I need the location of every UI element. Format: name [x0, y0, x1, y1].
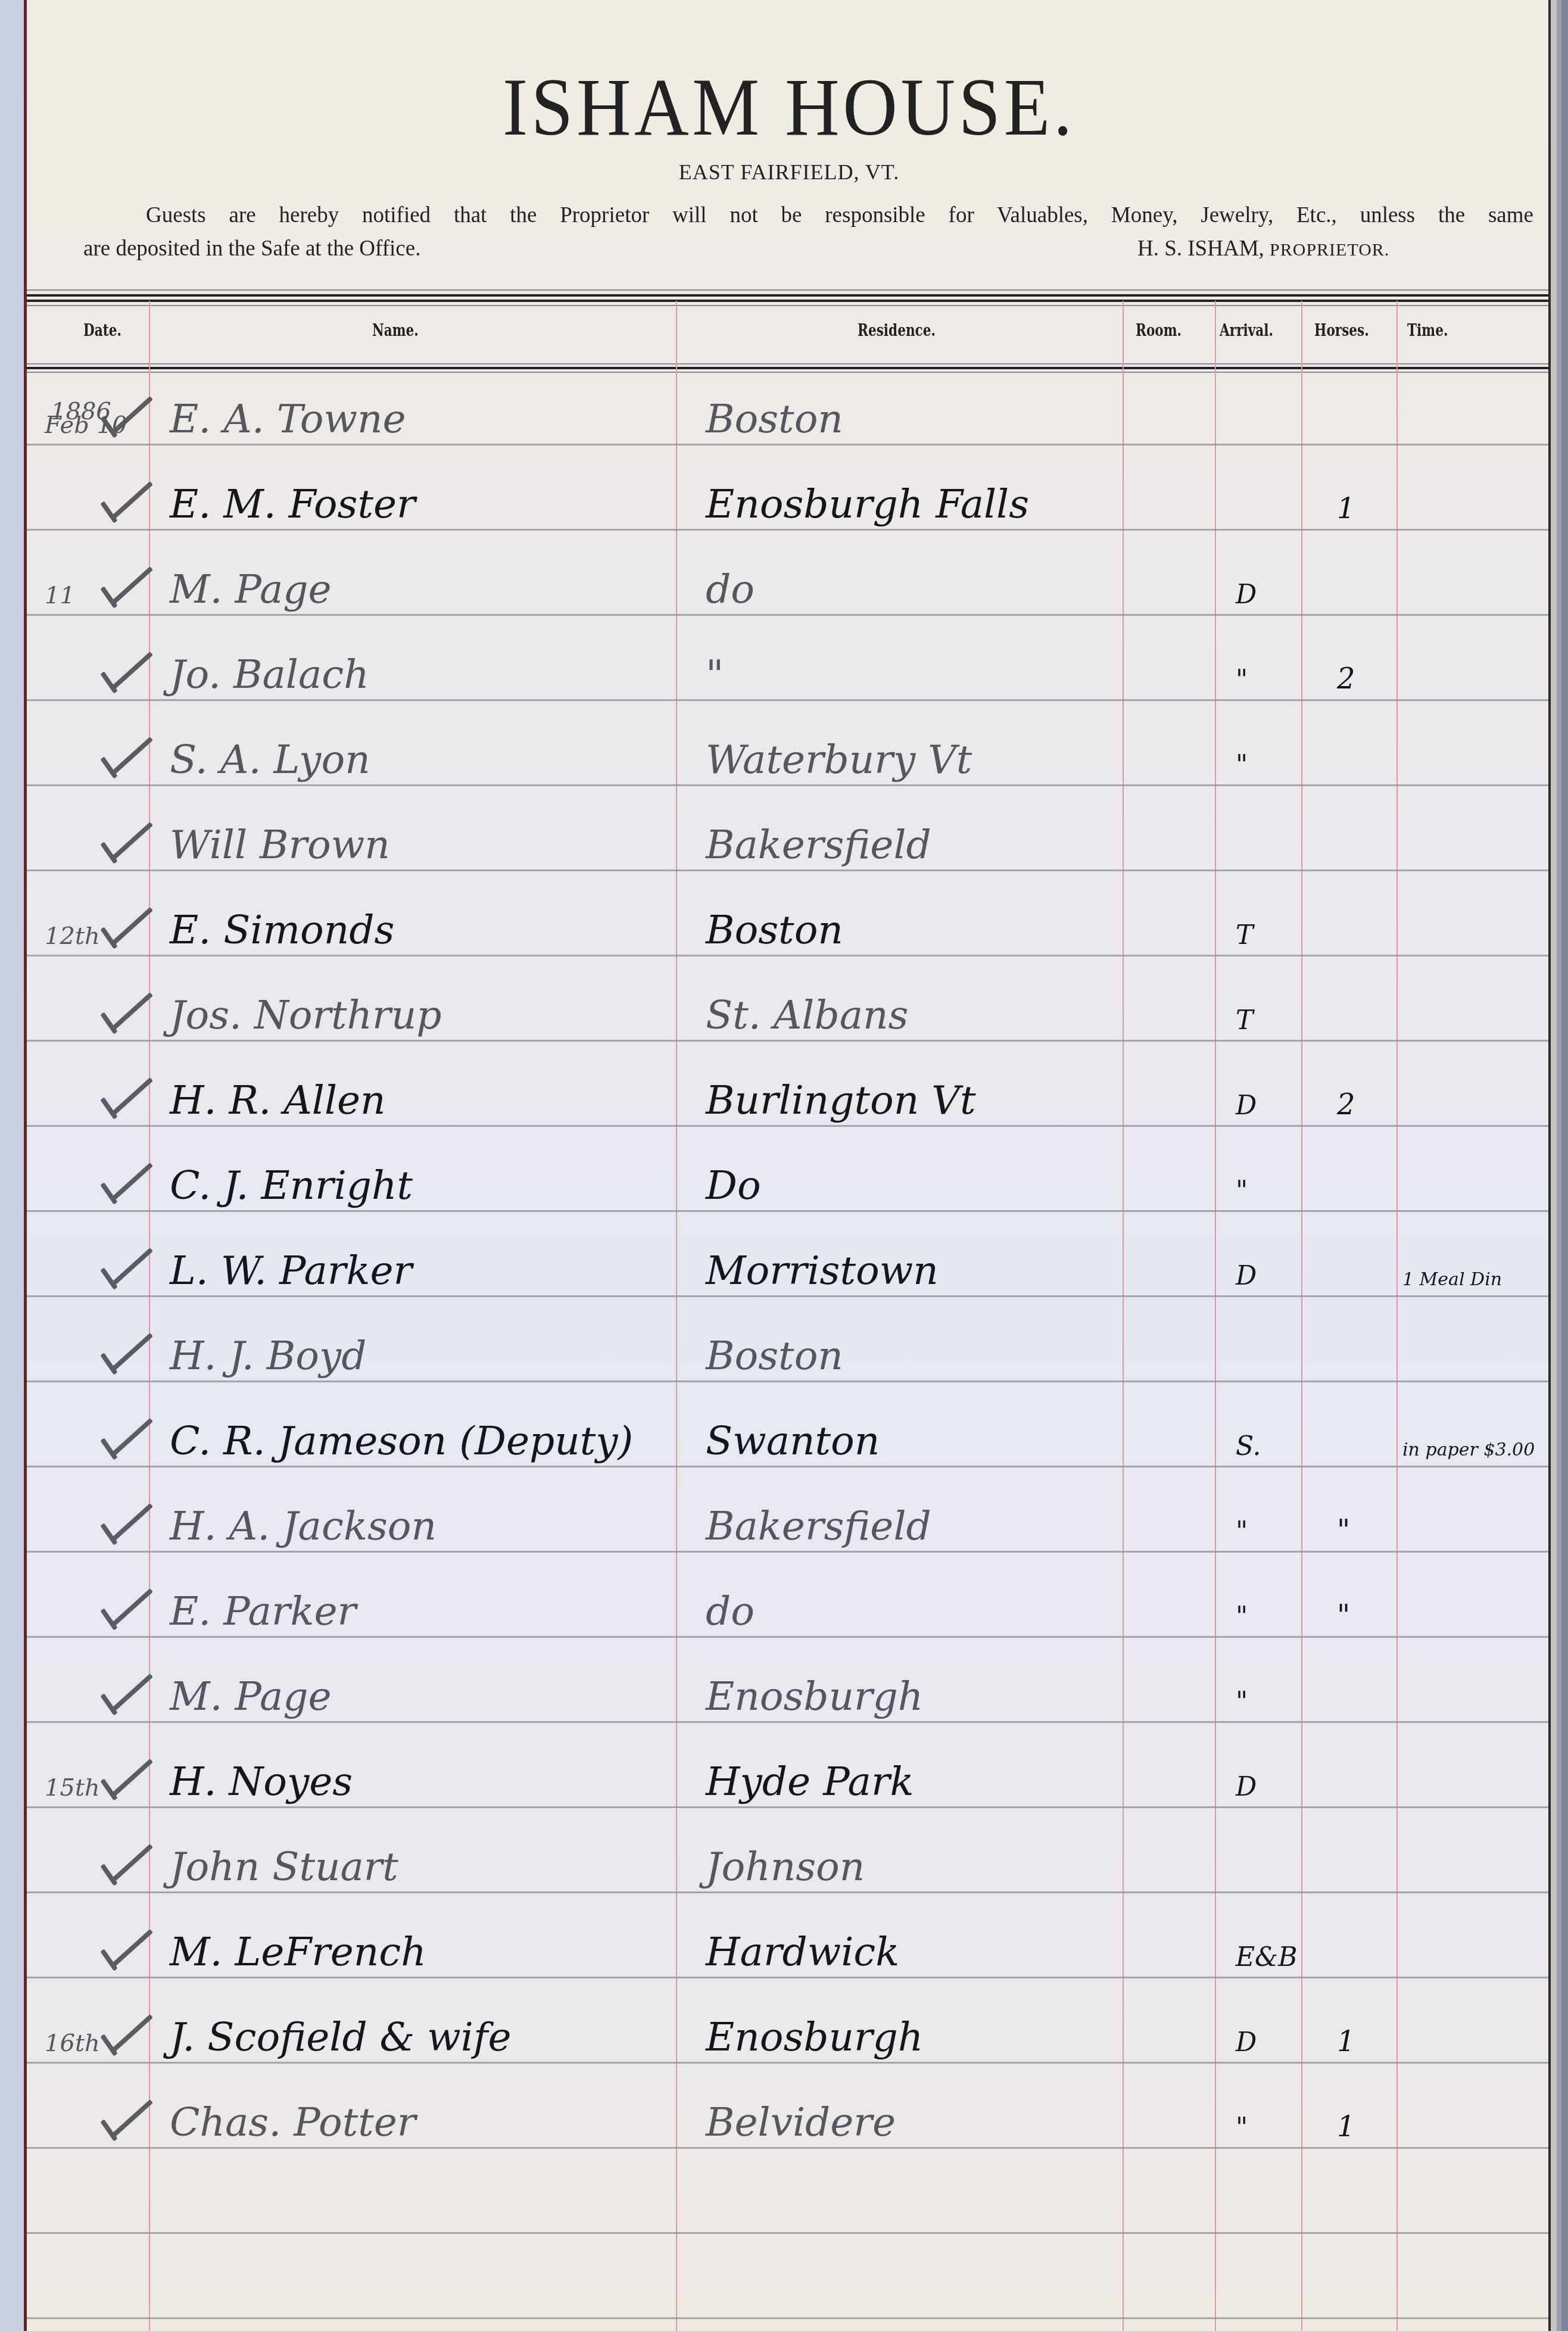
checkmark-icon	[98, 1937, 140, 1973]
entry-arrival: S.	[1236, 1431, 1261, 1461]
entry-name: Chas. Potter	[170, 2099, 416, 2145]
ruled-line	[27, 955, 1551, 956]
checkmark-icon	[98, 2023, 140, 2058]
rule	[27, 294, 1551, 297]
checkmark-icon	[98, 1682, 140, 1718]
column-header-time: Time.	[1407, 322, 1448, 340]
entry-name: John Stuart	[170, 1844, 398, 1890]
entry-residence: Do	[706, 1163, 761, 1208]
checkmark-icon	[98, 915, 140, 951]
checkmark-icon	[98, 830, 140, 866]
ruled-line	[27, 614, 1551, 616]
entry-name: J. Scofield & wife	[170, 2014, 511, 2060]
hotel-location: EAST FAIRFIELD, VT.	[27, 160, 1551, 185]
entry-residence: do	[706, 1588, 755, 1634]
entry-residence: Hyde Park	[706, 1759, 914, 1805]
checkmark-icon	[98, 2108, 140, 2143]
entry-name: E. M. Foster	[170, 481, 416, 527]
ruled-line	[27, 1891, 1551, 1893]
entry-arrival: "	[1236, 1516, 1248, 1547]
book-binding	[1548, 0, 1568, 2331]
entry-residence: do	[706, 566, 755, 612]
entry-name: H. R. Allen	[170, 1077, 386, 1123]
ruled-line	[27, 870, 1551, 871]
ruled-line	[27, 1040, 1551, 1042]
entry-name: E. Parker	[170, 1588, 356, 1634]
entry-time: 1 Meal Din	[1402, 1269, 1502, 1290]
checkmark-icon	[98, 1341, 140, 1377]
ruled-line	[27, 529, 1551, 531]
entry-name: E. A. Towne	[170, 396, 406, 442]
entry-arrival: D	[1236, 579, 1257, 610]
ruled-line	[27, 699, 1551, 701]
column-divider	[1396, 301, 1398, 2331]
entry-horses: 2	[1337, 662, 1355, 696]
checkmark-icon	[98, 1597, 140, 1632]
entry-name: H. J. Boyd	[170, 1333, 367, 1379]
entry-name: Jo. Balach	[170, 652, 369, 697]
entry-arrival: D	[1236, 2027, 1257, 2058]
entry-name: M. Page	[170, 1674, 332, 1719]
checkmark-icon	[98, 1767, 140, 1803]
entry-arrival: "	[1236, 1601, 1248, 1632]
entry-name: Jos. Northrup	[170, 992, 441, 1038]
entry-date: Feb 10	[45, 412, 127, 439]
entry-time: in paper $3.00	[1402, 1439, 1535, 1460]
checkmark-icon	[98, 660, 140, 696]
entry-residence: Hardwick	[706, 1929, 899, 1975]
ruled-line	[27, 2317, 1551, 2319]
proprietor-signature: H. S. ISHAM, Proprietor.	[1137, 236, 1389, 261]
rule	[27, 367, 1551, 369]
checkmark-icon	[98, 1512, 140, 1547]
proprietor-name: H. S. ISHAM,	[1137, 236, 1264, 261]
entry-residence: Boston	[706, 1333, 843, 1379]
entry-date: 12th	[45, 923, 100, 950]
ruled-line	[27, 444, 1551, 445]
entry-residence: Enosburgh	[706, 1674, 923, 1719]
notice-line-1: Guests are hereby notified that the Prop…	[146, 202, 1533, 228]
column-divider	[676, 301, 677, 2331]
ruled-line	[27, 1551, 1551, 1553]
ruled-line	[27, 2147, 1551, 2149]
column-header-horses: Horses.	[1314, 322, 1369, 340]
ruled-line	[27, 1636, 1551, 1638]
column-divider	[1215, 301, 1216, 2331]
entry-name: M. LeFrench	[170, 1929, 426, 1975]
entry-name: M. Page	[170, 566, 332, 612]
rule	[27, 305, 1551, 306]
entry-name: L. W. Parker	[170, 1248, 412, 1294]
entry-horses: 1	[1337, 2025, 1355, 2058]
entry-residence: Swanton	[706, 1418, 880, 1464]
entry-residence: Waterbury Vt	[706, 737, 972, 783]
entry-name: H. Noyes	[170, 1759, 353, 1805]
entry-residence: Boston	[706, 907, 843, 953]
entry-residence: Boston	[706, 396, 843, 442]
checkmark-icon	[98, 1852, 140, 1888]
column-divider	[1123, 301, 1124, 2331]
entry-residence: Morristown	[706, 1248, 939, 1294]
column-divider	[1301, 301, 1302, 2331]
entry-residence: Belvidere	[706, 2099, 896, 2145]
entry-name: E. Simonds	[170, 907, 394, 953]
entry-name: Will Brown	[170, 822, 390, 868]
register-page: ISHAM HOUSE. EAST FAIRFIELD, VT. Guests …	[24, 0, 1551, 2331]
hotel-title: ISHAM HOUSE.	[88, 60, 1490, 154]
ruled-line	[27, 784, 1551, 786]
entry-residence: Enosburgh	[706, 2014, 923, 2060]
entry-name: C. J. Enright	[170, 1163, 413, 1208]
entry-name: H. A. Jackson	[170, 1503, 437, 1549]
entry-name: S. A. Lyon	[170, 737, 370, 783]
checkmark-icon	[98, 490, 140, 525]
checkmark-icon	[98, 1086, 140, 1121]
entry-arrival: "	[1236, 750, 1248, 780]
checkmark-icon	[98, 1001, 140, 1036]
checkmark-icon	[98, 1171, 140, 1207]
entry-arrival: D	[1236, 1772, 1257, 1802]
entry-arrival: T	[1236, 1005, 1253, 1036]
entry-horses: "	[1337, 1514, 1350, 1547]
entry-arrival: "	[1236, 1687, 1248, 1717]
checkmark-icon	[98, 1256, 140, 1292]
entry-residence: Bakersfield	[706, 1503, 931, 1549]
rule	[27, 363, 1551, 364]
entry-arrival: E&B	[1236, 1942, 1298, 1972]
ruled-line	[27, 1466, 1551, 1467]
entry-arrival: D	[1236, 1090, 1257, 1121]
ruled-line	[27, 1125, 1551, 1127]
column-header-arrival: Arrival.	[1220, 322, 1273, 340]
rule	[27, 300, 1551, 302]
ruled-line	[27, 1806, 1551, 1808]
column-header-name: Name.	[372, 322, 419, 340]
checkmark-icon	[98, 1426, 140, 1462]
column-divider	[149, 301, 150, 2331]
checkmark-icon	[98, 745, 140, 781]
checkmark-icon	[98, 575, 140, 610]
entry-arrival: "	[1236, 1176, 1248, 1206]
entry-residence: "	[706, 652, 724, 697]
ruled-line	[27, 1210, 1551, 1212]
ruled-line	[27, 2232, 1551, 2234]
entry-arrival: T	[1236, 920, 1253, 951]
entry-residence: Johnson	[706, 1844, 865, 1890]
ruled-line	[27, 1380, 1551, 1382]
entry-horses: 2	[1337, 1088, 1355, 1121]
entry-arrival: "	[1236, 665, 1248, 695]
entry-date: 15th	[45, 1774, 100, 1802]
ruled-line	[27, 1977, 1551, 1978]
entry-date: 16th	[45, 2030, 100, 2057]
entry-residence: Enosburgh Falls	[706, 481, 1029, 527]
entry-arrival: "	[1236, 2112, 1248, 2143]
rule	[27, 372, 1551, 373]
entry-name: C. R. Jameson (Deputy)	[170, 1418, 633, 1464]
ruled-line	[27, 1295, 1551, 1297]
entry-horses: 1	[1337, 492, 1355, 525]
entry-residence: St. Albans	[706, 992, 908, 1038]
ruled-line	[27, 1721, 1551, 1723]
column-header-residence: Residence.	[858, 322, 936, 340]
entry-residence: Bakersfield	[706, 822, 931, 868]
column-header-room: Room.	[1136, 322, 1182, 340]
entry-horses: 1	[1337, 2110, 1355, 2143]
proprietor-title: Proprietor.	[1270, 240, 1389, 260]
entry-arrival: D	[1236, 1261, 1257, 1291]
entry-residence: Burlington Vt	[706, 1077, 975, 1123]
rule	[27, 289, 1551, 291]
column-header-date: Date.	[83, 322, 121, 340]
entry-date: 11	[45, 582, 75, 609]
entry-horses: "	[1337, 1599, 1350, 1632]
notice-line-2: are deposited in the Safe at the Office.	[83, 236, 420, 261]
ruled-line	[27, 2062, 1551, 2064]
